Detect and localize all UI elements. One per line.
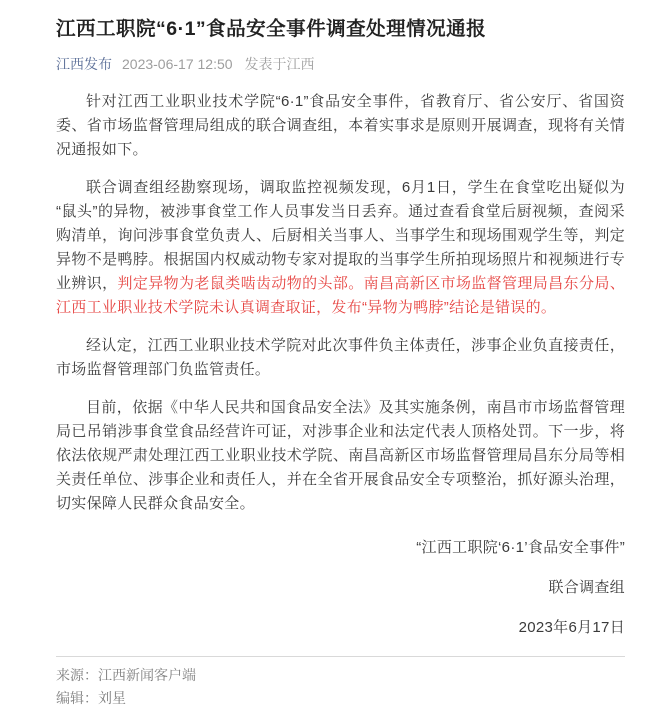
publish-timestamp: 2023-06-17 12:50 xyxy=(122,54,233,74)
source-label: 来源： xyxy=(56,667,98,683)
signature-group: 联合调查组 xyxy=(56,576,625,600)
paragraph-findings-highlight: 判定异物为老鼠类啮齿动物的头部。南昌高新区市场监督管理局昌东分局、江西工业职业技… xyxy=(56,275,625,316)
signature-event: “江西工职院‘6·1’食品安全事件” xyxy=(56,536,625,560)
paragraph-responsibility: 经认定，江西工业职业技术学院对此次事件负主体责任，涉事企业负直接责任，市场监督管… xyxy=(56,334,625,382)
article-body: 针对江西工业职业技术学院“6·1”食品安全事件，省教育厅、省公安厅、省国资委、省… xyxy=(56,90,625,640)
editor-label: 编辑： xyxy=(56,690,98,706)
publish-location: 发表于江西 xyxy=(245,54,315,74)
account-name-link[interactable]: 江西发布 xyxy=(56,54,112,74)
source-line: 来源：江西新闻客户端 xyxy=(56,665,625,685)
article-title: 江西工职院“6·1”食品安全事件调查处理情况通报 xyxy=(56,16,625,43)
paragraph-findings: 联合调查组经勘察现场，调取监控视频发现，6月1日，学生在食堂吃出疑似为“鼠头”的… xyxy=(56,176,625,320)
source-value: 江西新闻客户端 xyxy=(98,667,196,683)
paragraph-intro: 针对江西工业职业技术学院“6·1”食品安全事件，省教育厅、省公安厅、省国资委、省… xyxy=(56,90,625,162)
paragraph-measures: 目前，依据《中华人民共和国食品安全法》及其实施条例，南昌市市场监督管理局已吊销涉… xyxy=(56,396,625,516)
byline: 江西发布 2023-06-17 12:50 发表于江西 xyxy=(56,54,625,74)
article-page: 江西工职院“6·1”食品安全事件调查处理情况通报 江西发布 2023-06-17… xyxy=(0,0,667,721)
signature-date: 2023年6月17日 xyxy=(56,616,625,640)
editor-line: 编辑：刘星 xyxy=(56,688,625,708)
article-footer: 来源：江西新闻客户端 编辑：刘星 xyxy=(56,656,625,708)
footer-divider xyxy=(56,656,625,657)
editor-value: 刘星 xyxy=(98,690,126,706)
